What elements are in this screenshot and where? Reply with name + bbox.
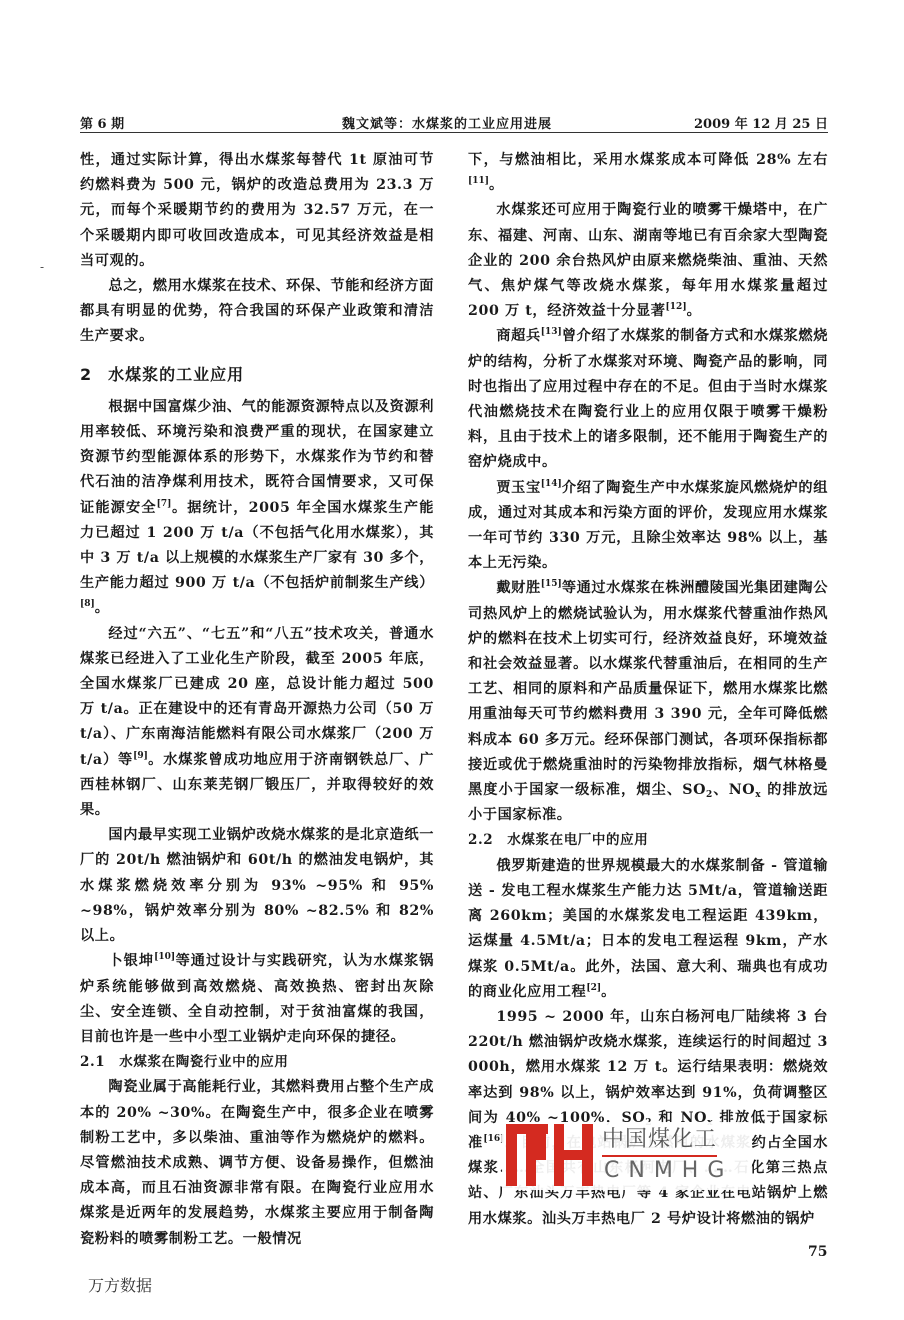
section-title: 水煤浆的工业应用 bbox=[108, 365, 244, 384]
watermark-name-cn: 中国煤化工 bbox=[602, 1122, 717, 1157]
citation: [13] bbox=[541, 327, 562, 337]
paragraph: 1995 ~ 2000 年，山东白杨河电厂陆续将 3 台 220t/h 燃油锅炉… bbox=[468, 1005, 828, 1232]
left-column: 性，通过实际计算，得出水煤浆每替代 1t 原油可节约燃料费为 500 元，锅炉的… bbox=[80, 148, 434, 1252]
citation: [7] bbox=[157, 499, 172, 509]
publication-date: 2009 年 12 月 25 日 bbox=[694, 113, 828, 132]
citation: [15] bbox=[541, 579, 562, 589]
subsection-title: 水煤浆在陶瓷行业中的应用 bbox=[119, 1054, 288, 1070]
paragraph: 水煤浆还可应用于陶瓷行业的喷雾干燥塔中，在广东、福建、河南、山东、湖南等地已有百… bbox=[468, 198, 828, 324]
paragraph: 戴财胜[15]等通过水煤浆在株洲醴陵国光集团建陶公司热风炉上的燃烧试验认为，用水… bbox=[468, 576, 828, 828]
cnmhg-logo-icon bbox=[506, 1124, 594, 1186]
issue-number: 第 6 期 bbox=[80, 113, 124, 132]
paragraph: 俄罗斯建造的世界规模最大的水煤浆制备 - 管道输送 - 发电工程水煤浆生产能力达… bbox=[468, 854, 828, 1005]
footer-brand: 万方数据 bbox=[88, 1273, 152, 1296]
paragraph: 陶瓷业属于高能耗行业，其燃料费用占整个生产成本的 20% ~30%。在陶瓷生产中… bbox=[80, 1075, 434, 1251]
subsection-heading: 2.2水煤浆在电厂中的应用 bbox=[468, 828, 828, 853]
paragraph: 卜银坤[10]等通过设计与实践研究，认为水煤浆锅炉系统能够做到高效燃烧、高效换热… bbox=[80, 949, 434, 1050]
citation: [11] bbox=[468, 176, 489, 186]
section-number: 2 bbox=[80, 365, 92, 384]
paragraph: 国内最早实现工业锅炉改烧水煤浆的是北京造纸一厂的 20t/h 燃油锅炉和 60t… bbox=[80, 823, 434, 949]
citation: [14] bbox=[541, 479, 562, 489]
subsection-number: 2.1 bbox=[80, 1054, 105, 1070]
page-number: 75 bbox=[808, 1244, 827, 1260]
paragraph: 下，与燃油相比，采用水煤浆成本可降低 28% 左右[11]。 bbox=[468, 148, 828, 198]
running-title: 魏文斌等：水煤浆的工业应用进展 bbox=[342, 113, 552, 132]
watermark-logo: 中国煤化工 CNMHG bbox=[502, 1122, 752, 1190]
paragraph: 性，通过实际计算，得出水煤浆每替代 1t 原油可节约燃料费为 500 元，锅炉的… bbox=[80, 148, 434, 274]
paragraph: 根据中国富煤少油、气的能源资源特点以及资源利用率较低、环境污染和浪费严重的现状，… bbox=[80, 395, 434, 622]
subsection-number: 2.2 bbox=[468, 832, 493, 848]
watermark-name-en: CNMHG bbox=[604, 1158, 733, 1183]
citation: [10] bbox=[154, 952, 175, 962]
paragraph: 经过“六五”、“七五”和“八五”技术攻关，普通水煤浆已经进入了工业化生产阶段，截… bbox=[80, 622, 434, 824]
subsection-heading: 2.1水煤浆在陶瓷行业中的应用 bbox=[80, 1050, 434, 1075]
citation: [12] bbox=[666, 302, 687, 312]
margin-mark: - bbox=[40, 260, 44, 274]
running-header: 第 6 期 魏文斌等：水煤浆的工业应用进展 2009 年 12 月 25 日 bbox=[80, 112, 828, 133]
paragraph: 商超兵[13]曾介绍了水煤浆的制备方式和水煤浆燃烧炉的结构，分析了水煤浆对环境、… bbox=[468, 324, 828, 475]
section-heading: 2水煤浆的工业应用 bbox=[80, 362, 434, 387]
subsection-title: 水煤浆在电厂中的应用 bbox=[507, 832, 648, 848]
paragraph: 总之，燃用水煤浆在技术、环保、节能和经济方面都具有明显的优势，符合我国的环保产业… bbox=[80, 274, 434, 350]
citation: [9] bbox=[133, 751, 148, 761]
right-column: 下，与燃油相比，采用水煤浆成本可降低 28% 左右[11]。 水煤浆还可应用于陶… bbox=[468, 148, 828, 1232]
citation: [8] bbox=[80, 599, 95, 609]
citation: [2] bbox=[586, 983, 601, 993]
paragraph: 贾玉宝[14]介绍了陶瓷生产中水煤浆旋风燃烧炉的组成，通过对其成本和污染方面的评… bbox=[468, 476, 828, 577]
